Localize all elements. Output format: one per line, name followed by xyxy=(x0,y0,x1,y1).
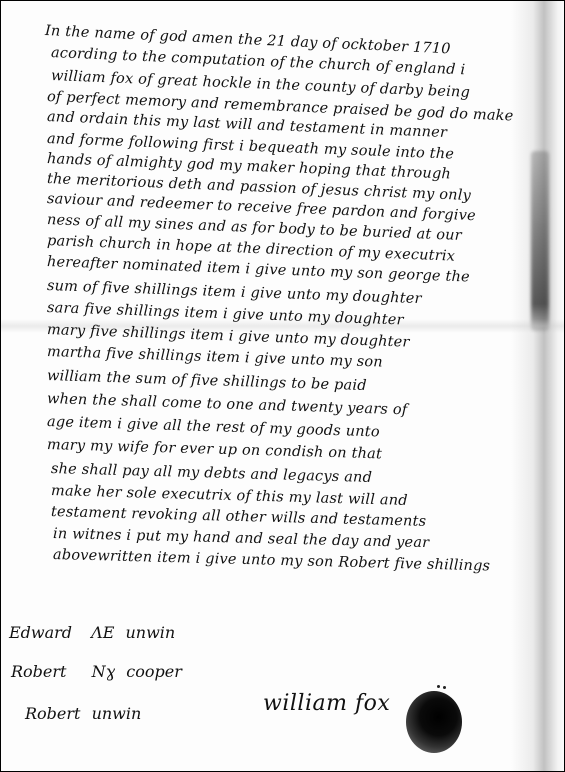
witness-mark: ΛE xyxy=(91,623,114,642)
witness-name: Edward xyxy=(9,623,72,642)
witness-surname: unwin xyxy=(125,623,175,642)
witness-name: Robert xyxy=(25,704,80,723)
testator-signature: william fox xyxy=(263,691,390,716)
page-fold-shadow xyxy=(511,1,565,772)
witness-1: Edward ΛE unwin xyxy=(9,623,175,642)
wax-seal-icon xyxy=(406,691,462,753)
witness-3: Robert unwin xyxy=(25,704,141,723)
ink-dot xyxy=(437,685,440,688)
witness-2: Robert Nɣ cooper xyxy=(11,662,182,681)
witness-name: Robert xyxy=(11,662,66,681)
text-line: mary my wife for ever up on condish on t… xyxy=(47,437,382,462)
text-line: she shall pay all my debts and legacys a… xyxy=(51,461,372,486)
witness-surname: cooper xyxy=(126,662,182,681)
text-line: in witnes i put my hand and seal the day… xyxy=(53,526,430,551)
page-fold-crease xyxy=(531,151,549,331)
text-line: age item i give all the rest of my goods… xyxy=(47,414,380,440)
ink-dot xyxy=(443,686,446,689)
text-line: william the sum of five shillings to be … xyxy=(47,368,367,394)
witness-mark: Nɣ xyxy=(92,662,116,681)
document-page: In the name of god amen the 21 day of oc… xyxy=(0,0,565,772)
text-line: when the shall come to one and twenty ye… xyxy=(47,391,408,418)
witness-surname: unwin xyxy=(92,704,142,723)
